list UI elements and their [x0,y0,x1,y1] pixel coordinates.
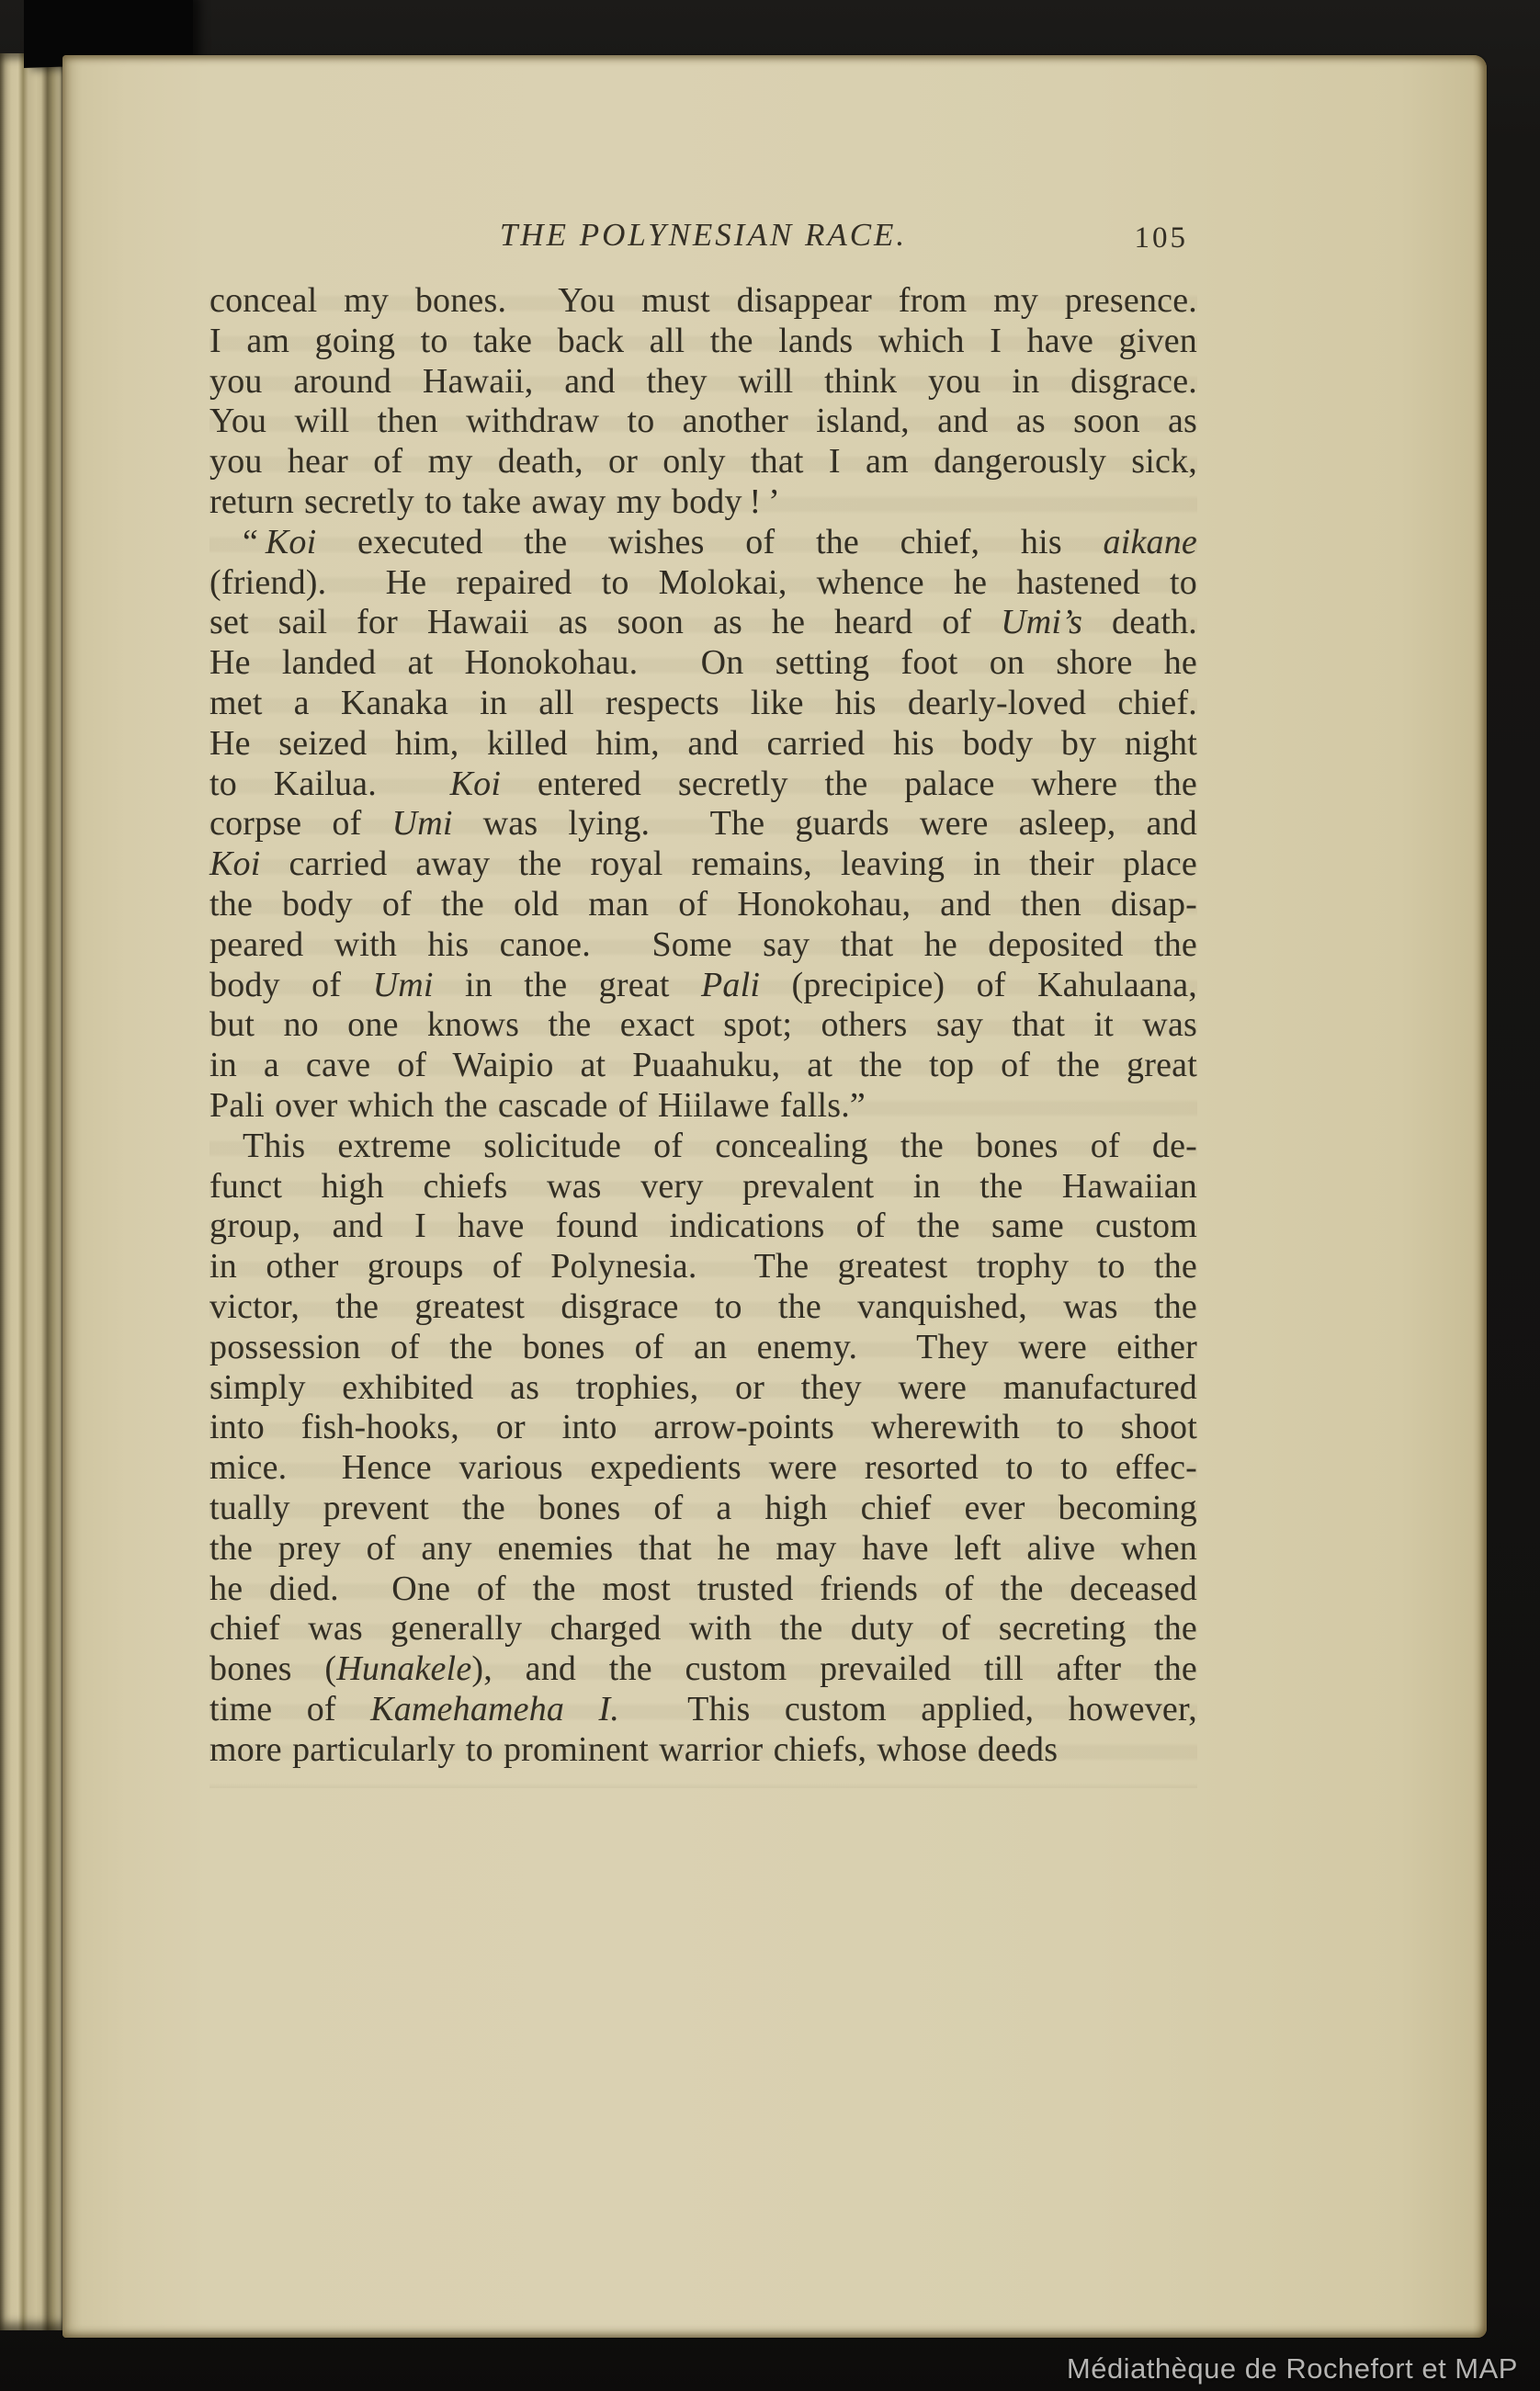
text-segment: This extreme solicitude of concealing th… [243,1127,1197,1165]
text-segment: met a Kanaka in all respects like his de… [209,684,1197,722]
text-line: funct high chiefs was very prevalent in … [209,1167,1197,1207]
text-segment: simply exhibited as trophies, or they we… [209,1368,1197,1407]
text-segment: body of [209,966,373,1004]
text-segment: victor, the greatest disgrace to the van… [209,1287,1197,1326]
text-segment: Pali over which the cascade of Hiilawe f… [209,1086,866,1125]
text-segment: I am going to take back all the lands wh… [209,322,1197,360]
text-segment: he died. One of the most trusted friends… [209,1569,1197,1608]
text-line: conceal my bones. You must disappear fro… [209,281,1197,322]
page-number: 105 [1135,221,1189,255]
text-line: group, and I have found indications of t… [209,1207,1197,1247]
text-segment: (friend). He repaired to Molokai, whence… [209,563,1197,602]
text-segment: the prey of any enemies that he may have… [209,1529,1197,1568]
text-line: in a cave of Waipio at Puaahuku, at the … [209,1046,1197,1086]
text-line: set sail for Hawaii as soon as he heard … [209,603,1197,643]
body-text: conceal my bones. You must disappear fro… [209,281,1197,1770]
text-line: in other groups of Polynesia. The greate… [209,1247,1197,1287]
text-segment: bones ( [209,1649,336,1688]
text-line: the prey of any enemies that he may have… [209,1529,1197,1569]
text-segment: peared with his canoe. Some say that he … [209,925,1197,964]
text-line: peared with his canoe. Some say that he … [209,925,1197,966]
text-segment: set sail for Hawaii as soon as he heard … [209,603,1001,641]
italic-text-segment: Kamehameha I. [370,1690,619,1728]
text-line: You will then withdraw to another island… [209,402,1197,442]
text-line: you around Hawaii, and they will think y… [209,362,1197,402]
text-segment: but no one knows the exact spot; others … [209,1005,1197,1044]
text-line: the body of the old man of Honokohau, an… [209,885,1197,925]
text-segment: entered secretly the palace where the [501,765,1197,803]
text-segment: you hear of my death, or only that I am … [209,442,1197,481]
italic-text-segment: Koi [266,523,317,561]
text-segment: ), and the custom prevailed till after t… [471,1649,1197,1688]
text-line: Koi carried away the royal remains, leav… [209,844,1197,885]
text-line: you hear of my death, or only that I am … [209,442,1197,482]
text-segment: He seized him, killed him, and carried h… [209,724,1197,763]
text-segment: in a cave of Waipio at Puaahuku, at the … [209,1046,1197,1084]
text-line: body of Umi in the great Pali (precipice… [209,966,1197,1006]
text-line: chief was generally charged with the dut… [209,1609,1197,1649]
text-line: mice. Hence various expedients were reso… [209,1448,1197,1489]
text-line: possession of the bones of an enemy. The… [209,1328,1197,1368]
watermark: Médiathèque de Rochefort et MAP [1067,2352,1518,2385]
text-segment: This custom applied, however, [619,1690,1197,1728]
text-segment: return secretly to take away my body ! ’ [209,482,780,521]
text-line: simply exhibited as trophies, or they we… [209,1368,1197,1409]
text-segment: He landed at Honokohau. On setting foot … [209,643,1197,682]
text-segment: was lying. The guards were asleep, and [453,804,1197,843]
text-segment: possession of the bones of an enemy. The… [209,1328,1197,1366]
text-segment: executed the wishes of the chief, his [316,523,1103,561]
text-segment: death. [1082,603,1197,641]
text-segment: into fish-hooks, or into arrow-points wh… [209,1408,1197,1446]
italic-text-segment: Umi [373,966,434,1004]
text-line: This extreme solicitude of concealing th… [209,1127,1197,1167]
text-block: THE POLYNESIAN RACE. 105 conceal my bone… [209,217,1197,1770]
text-segment: “ [243,523,266,561]
text-segment: the body of the old man of Honokohau, an… [209,885,1197,924]
page-title: THE POLYNESIAN RACE. [500,217,907,254]
book-page: THE POLYNESIAN RACE. 105 conceal my bone… [62,55,1487,2338]
text-line: but no one knows the exact spot; others … [209,1005,1197,1046]
text-segment: to Kailua. [209,765,450,803]
page-edge-stack [0,53,64,2330]
text-segment: tually prevent the bones of a high chief… [209,1489,1197,1527]
text-segment: carried away the royal remains, leaving … [261,844,1197,883]
text-line: He seized him, killed him, and carried h… [209,724,1197,765]
italic-text-segment: Umi [392,804,453,843]
text-line: He landed at Honokohau. On setting foot … [209,643,1197,684]
text-line: “ Koi executed the wishes of the chief, … [209,523,1197,563]
italic-text-segment: Koi [209,844,261,883]
text-line: return secretly to take away my body ! ’ [209,482,1197,523]
text-segment: you around Hawaii, and they will think y… [209,362,1197,401]
text-line: (friend). He repaired to Molokai, whence… [209,563,1197,604]
italic-text-segment: Pali [701,966,760,1004]
text-segment: in other groups of Polynesia. The greate… [209,1247,1197,1286]
italic-text-segment: Umi’s [1001,603,1082,641]
text-line: to Kailua. Koi entered secretly the pala… [209,765,1197,805]
text-line: victor, the greatest disgrace to the van… [209,1287,1197,1328]
text-line: tually prevent the bones of a high chief… [209,1489,1197,1529]
text-segment: corpse of [209,804,392,843]
text-segment: chief was generally charged with the dut… [209,1609,1197,1648]
text-line: Pali over which the cascade of Hiilawe f… [209,1086,1197,1127]
text-segment: conceal my bones. You must disappear fro… [209,281,1197,320]
text-segment: more particularly to prominent warrior c… [209,1730,1058,1769]
text-line: time of Kamehameha I. This custom applie… [209,1690,1197,1730]
text-segment: time of [209,1690,370,1728]
text-line: into fish-hooks, or into arrow-points wh… [209,1408,1197,1448]
text-line: met a Kanaka in all respects like his de… [209,684,1197,724]
text-segment: You will then withdraw to another island… [209,402,1197,440]
text-segment: in the great [434,966,701,1004]
text-segment: (precipice) of Kahulaana, [760,966,1197,1004]
text-line: more particularly to prominent warrior c… [209,1730,1197,1771]
book-scan: THE POLYNESIAN RACE. 105 conceal my bone… [0,0,1540,2391]
italic-text-segment: Koi [450,765,502,803]
text-line: he died. One of the most trusted friends… [209,1569,1197,1610]
running-header: THE POLYNESIAN RACE. 105 [209,217,1197,259]
text-segment: mice. Hence various expedients were reso… [209,1448,1197,1487]
text-line: I am going to take back all the lands wh… [209,322,1197,362]
italic-text-segment: Hunakele [336,1649,471,1688]
text-segment: funct high chiefs was very prevalent in … [209,1167,1197,1206]
text-line: bones (Hunakele), and the custom prevail… [209,1649,1197,1690]
text-line: corpse of Umi was lying. The guards were… [209,804,1197,844]
text-segment: group, and I have found indications of t… [209,1207,1197,1245]
italic-text-segment: aikane [1104,523,1198,561]
